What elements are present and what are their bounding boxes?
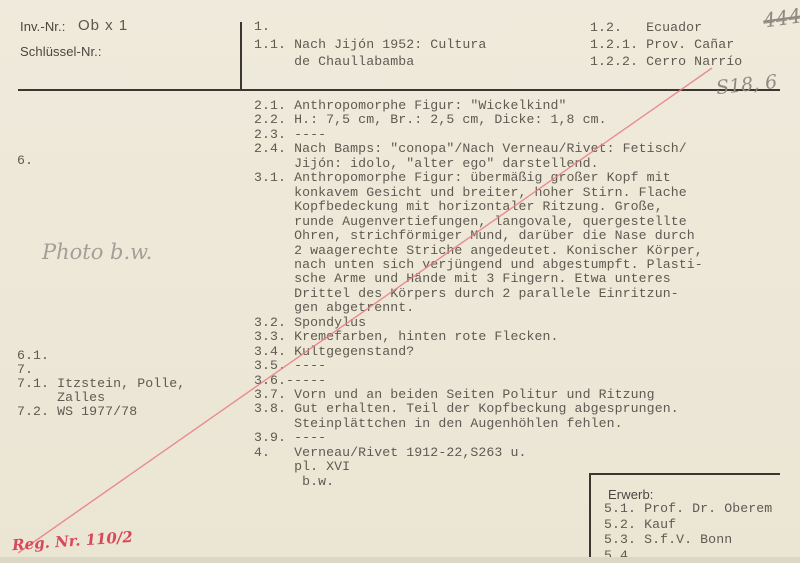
- description-line: Kopfbedeckung mit horizontaler Ritzung. …: [254, 200, 663, 214]
- description-line: 3.6.-----: [254, 374, 326, 388]
- field-1-2-1: 1.2.1. Prov. Cañar: [590, 38, 734, 52]
- acquisition-line: 5.2. Kauf: [604, 518, 676, 532]
- acquisition-label: Erwerb:: [608, 488, 654, 502]
- description-line: b.w.: [254, 475, 334, 489]
- description-line: 2 waagerechte Striche angedeutet. Konisc…: [254, 244, 703, 258]
- header-divider-vertical: [240, 22, 242, 90]
- description-line: 2.4. Nach Bamps: "conopa"/Nach Verneau/R…: [254, 142, 687, 156]
- header-divider-horizontal: [18, 89, 240, 91]
- description-line: 3.5. ----: [254, 359, 326, 373]
- description-line: Drittel des Körpers durch 2 parallele Ei…: [254, 287, 679, 301]
- field-1-1-cont: de Chaullabamba: [254, 55, 414, 69]
- handwritten-registration-number: Reg. Nr. 110/2: [12, 528, 134, 554]
- description-line: gen abgetrennt.: [254, 301, 414, 315]
- inventory-label: Inv.-Nr.:: [20, 20, 65, 34]
- field-7-2: 7.2. WS 1977/78: [17, 405, 137, 419]
- field-1-2: 1.2. Ecuador: [590, 21, 702, 35]
- acquisition-line: 5.3. S.f.V. Bonn: [604, 533, 732, 547]
- description-line: 3.3. Kremefarben, hinten rote Flecken.: [254, 330, 559, 344]
- description-line: 3.8. Gut erhalten. Teil der Kopfbeckung …: [254, 402, 679, 416]
- acquisition-box-left: [589, 473, 591, 563]
- description-line: 3.2. Spondylus: [254, 316, 366, 330]
- acquisition-line: 5.4.: [604, 549, 636, 563]
- field-1-1: 1.1. Nach Jijón 1952: Cultura: [254, 38, 486, 52]
- description-line: 2.2. H.: 7,5 cm, Br.: 2,5 cm, Dicke: 1,8…: [254, 113, 607, 127]
- key-number-label: Schlüssel-Nr.:: [20, 45, 102, 59]
- handwritten-photo-note: Photo b.w.: [42, 240, 152, 264]
- description-line: 3.7. Vorn und an beiden Seiten Politur u…: [254, 388, 655, 402]
- description-line: 2.1. Anthropomorphe Figur: "Wickelkind": [254, 99, 567, 113]
- catalog-card: Inv.-Nr.: Ob x 1 Schlüssel-Nr.: 1. 1.1. …: [0, 0, 800, 563]
- acquisition-line: 5.1. Prof. Dr. Oberem: [604, 502, 772, 516]
- header-divider-horizontal-right: [240, 89, 780, 91]
- description-line: 4. Verneau/Rivet 1912-22,S263 u.: [254, 446, 526, 460]
- field-6-1: 6.1.: [17, 349, 49, 363]
- description-line: 2.3. ----: [254, 128, 326, 142]
- field-1-2-2: 1.2.2. Cerro Narrío: [590, 55, 742, 69]
- field-6: 6.: [17, 154, 33, 168]
- handwritten-reference: S18, 6: [715, 71, 778, 99]
- acquisition-box-top: [590, 473, 780, 475]
- description-line: konkavem Gesicht und breiter, hoher Stir…: [254, 186, 687, 200]
- description-line: Ohren, strichförmiger Mund, darüber die …: [254, 229, 695, 243]
- field-7-1: 7.1. Itzstein, Polle,: [17, 377, 185, 391]
- description-line: 3.9. ----: [254, 431, 326, 445]
- handwritten-number: 444: [762, 3, 800, 32]
- description-line: Steinplättchen in den Augenhöhlen fehlen…: [254, 417, 623, 431]
- inventory-number: Ob x 1: [78, 19, 128, 33]
- description-line: 3.4. Kultgegenstand?: [254, 345, 414, 359]
- description-line: pl. XVI: [254, 460, 350, 474]
- field-1: 1.: [254, 20, 270, 34]
- description-line: 3.1. Anthropomorphe Figur: übermäßig gro…: [254, 171, 671, 185]
- description-line: nach unten sich verjüngend und abgestump…: [254, 258, 703, 272]
- field-7-1-cont: Zalles: [17, 391, 105, 405]
- description-line: sche Arme und Hände mit 3 Fingern. Etwa …: [254, 272, 671, 286]
- field-7: 7.: [17, 363, 33, 377]
- description-line: Jijón: idolo, "alter ego" darstellend.: [254, 157, 599, 171]
- description-line: runde Augenvertiefungen, langovale, quer…: [254, 215, 687, 229]
